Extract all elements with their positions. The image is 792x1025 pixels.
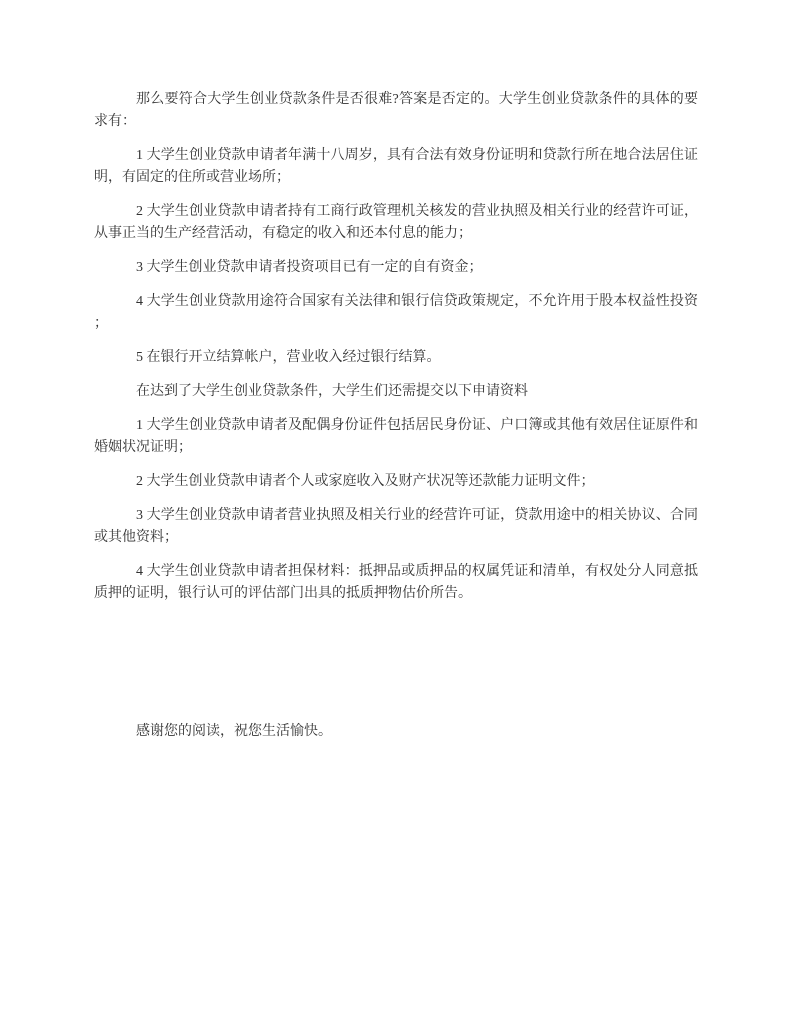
paragraph: 那么要符合大学生创业贷款条件是否很难?答案是否定的。大学生创业贷款条件的具体的要…: [94, 89, 698, 133]
closing-line: 感谢您的阅读，祝您生活愉快。: [94, 721, 698, 743]
paragraph: 2 大学生创业贷款申请者持有工商行政管理机关核发的营业执照及相关行业的经营许可证…: [94, 201, 698, 245]
paragraph: 2 大学生创业贷款申请者个人或家庭收入及财产状况等还款能力证明文件；: [94, 471, 698, 493]
paragraph: 4 大学生创业贷款用途符合国家有关法律和银行信贷政策规定，不允许用于股本权益性投…: [94, 291, 698, 335]
paragraph: 3 大学生创业贷款申请者投资项目已有一定的自有资金；: [94, 257, 698, 279]
paragraph: 4 大学生创业贷款申请者担保材料：抵押品或质押品的权属凭证和清单，有权处分人同意…: [94, 561, 698, 605]
document-body: 那么要符合大学生创业贷款条件是否很难?答案是否定的。大学生创业贷款条件的具体的要…: [94, 89, 698, 605]
paragraph: 1 大学生创业贷款申请者及配偶身份证件包括居民身份证、户口簿或其他有效居住证原件…: [94, 415, 698, 459]
paragraph: 1 大学生创业贷款申请者年满十八周岁，具有合法有效身份证明和贷款行所在地合法居住…: [94, 145, 698, 189]
paragraph: 3 大学生创业贷款申请者营业执照及相关行业的经营许可证，贷款用途中的相关协议、合…: [94, 505, 698, 549]
paragraph: 在达到了大学生创业贷款条件，大学生们还需提交以下申请资料: [94, 381, 698, 403]
document-page: 那么要符合大学生创业贷款条件是否很难?答案是否定的。大学生创业贷款条件的具体的要…: [0, 0, 792, 1025]
paragraph: 5 在银行开立结算帐户，营业收入经过银行结算。: [94, 347, 698, 369]
